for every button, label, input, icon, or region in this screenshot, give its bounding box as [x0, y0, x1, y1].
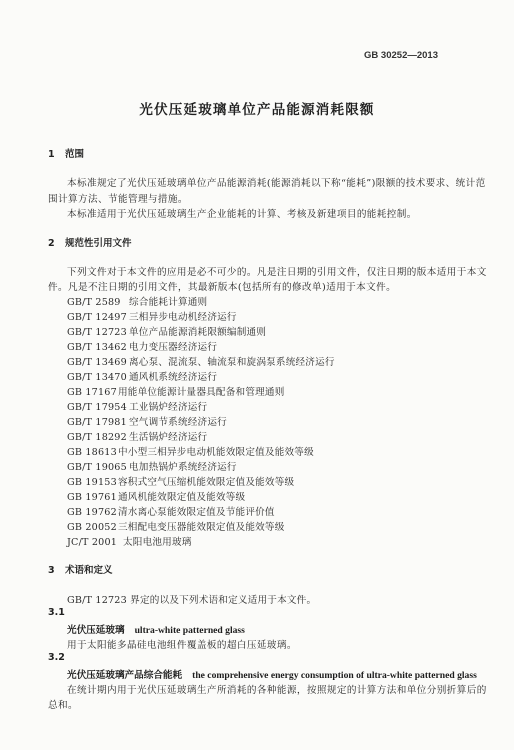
document-title: 光伏压延玻璃单位产品能源消耗限额: [0, 98, 514, 118]
term-3-1-number: 3.1: [48, 607, 65, 618]
reference-item: GB 19761通风机能效限定值及能效等级: [67, 489, 245, 503]
reference-item: GB/T 13470通风机系统经济运行: [67, 369, 217, 383]
reference-item: JC/T 2001太阳电池用玻璃: [67, 534, 192, 548]
reference-item: GB/T 18292生活锅炉经济运行: [67, 429, 207, 443]
reference-item: GB 18613中小型三相异步电动机能效限定值及能效等级: [67, 444, 314, 458]
reference-item: GB 19762清水离心泵能效限定值及节能评价值: [67, 504, 275, 518]
section-1-paragraph-1-line-2: 围计算方法、节能管理与措施。: [48, 191, 188, 205]
reference-item: GB/T 12497三相异步电动机经济运行: [67, 309, 237, 323]
reference-item: GB 17167用能单位能源计量器具配备和管理通则: [67, 384, 285, 398]
section-2-intro-line-2: 件。凡是不注日期的引用文件，其最新版本(包括所有的修改单)适用于本文件。: [48, 279, 396, 293]
section-2-intro-line-1: 下列文件对于本文件的应用是必不可少的。凡是注日期的引用文件，仅注日期的版本适用于…: [67, 264, 487, 278]
reference-item: GB 19153容积式空气压缩机能效限定值及能效等级: [67, 474, 294, 488]
section-2-heading: 2规范性引用文件: [48, 235, 132, 249]
term-3-1-definition: 用于太阳能多晶硅电池组件覆盖板的超白压延玻璃。: [67, 637, 297, 651]
reference-item: GB 20052三相配电变压器能效限定值及能效等级: [67, 519, 285, 533]
term-3-2-number: 3.2: [48, 652, 65, 663]
section-3-heading: 3术语和定义: [48, 562, 113, 576]
term-3-2-definition-line-1: 在统计期内用于光伏压延玻璃生产所消耗的各种能源，按照规定的计算方法和单位分别折算…: [67, 682, 487, 696]
reference-item: GB/T 13462电力变压器经济运行: [67, 339, 217, 353]
reference-item: GB/T 12723单位产品能源消耗限额编制通则: [67, 324, 266, 338]
reference-item: GB/T 17981空气调节系统经济运行: [67, 414, 227, 428]
section-1-paragraph-2: 本标准适用于光伏压延玻璃生产企业能耗的计算、考核及新建项目的能耗控制。: [67, 206, 417, 220]
reference-item: GB/T 19065电加热锅炉系统经济运行: [67, 459, 237, 473]
term-3-1-heading: 光伏压延玻璃ultra-white patterned glass: [67, 622, 245, 636]
reference-item: GB/T 13469离心泵、混流泵、轴流泵和旋涡泵系统经济运行: [67, 354, 335, 368]
term-3-2-definition-line-2: 总和。: [48, 697, 78, 711]
reference-item: GB/T 2589综合能耗计算通则: [67, 294, 207, 308]
term-3-2-heading: 光伏压延玻璃产品综合能耗the comprehensive energy con…: [67, 667, 477, 681]
section-3-intro: GB/T 12723 界定的以及下列术语和定义适用于本文件。: [67, 592, 316, 606]
standard-number: GB 30252—2013: [364, 50, 438, 61]
section-1-heading: 1范围: [48, 146, 84, 160]
reference-item: GB/T 17954工业锅炉经济运行: [67, 399, 207, 413]
section-1-paragraph-1-line-1: 本标准规定了光伏压延玻璃单位产品能源消耗(能源消耗以下称“能耗”)限额的技术要求…: [67, 175, 486, 189]
